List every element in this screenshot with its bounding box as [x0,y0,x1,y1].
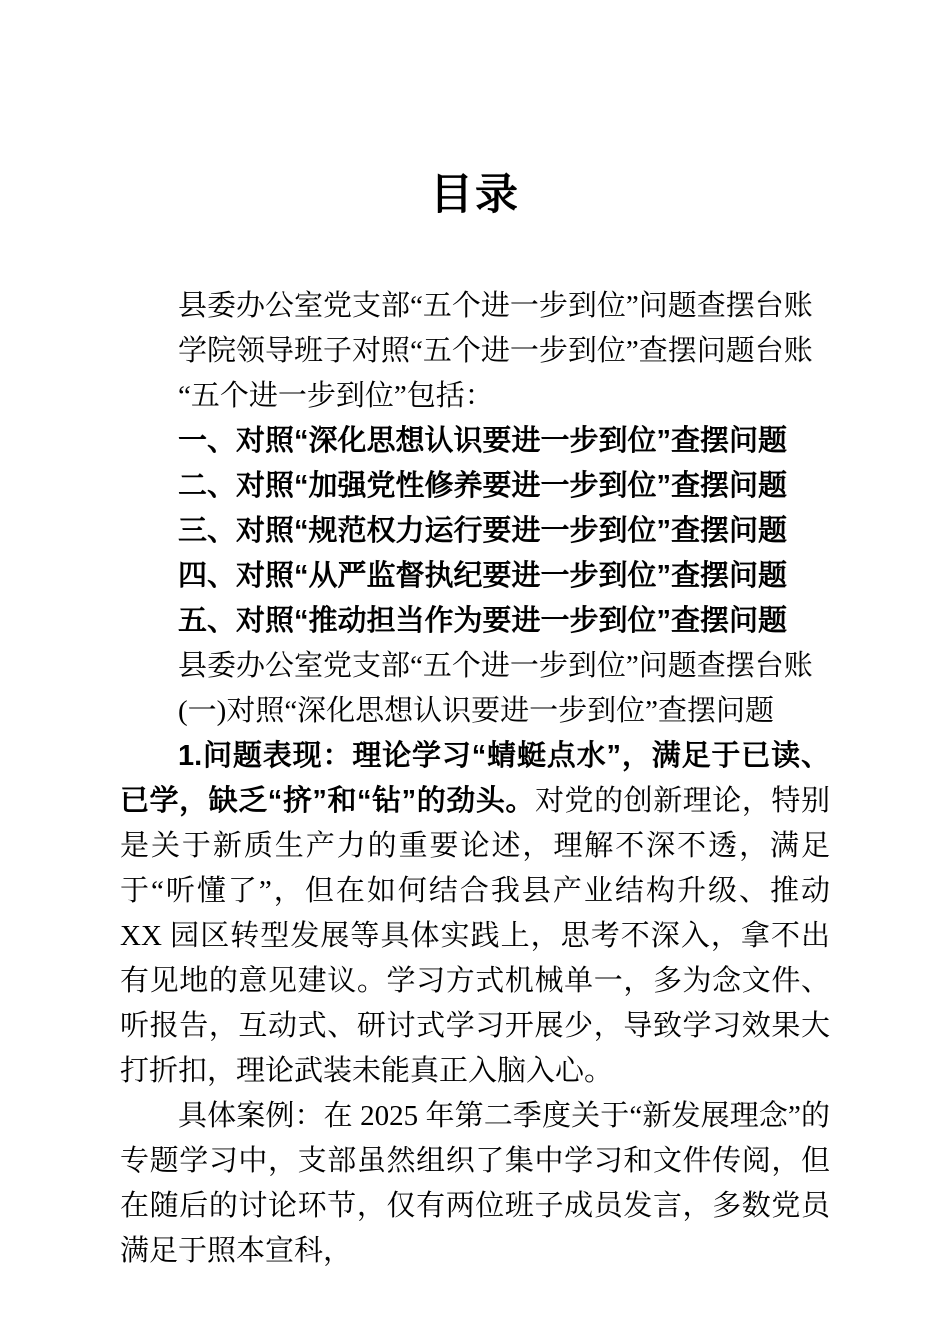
toc-item-3: 三、对照“规范权力运行要进一步到位”查摆问题 [120,509,830,554]
toc-line-includes: “五个进一步到位”包括： [120,374,830,419]
section-heading-item-1: (一)对照“深化思想认识要进一步到位”查摆问题 [120,689,830,734]
table-of-contents: 县委办公室党支部“五个进一步到位”问题查摆台账 学院领导班子对照“五个进一步到位… [120,284,830,734]
toc-item-4: 四、对照“从严监督执纪要进一步到位”查摆问题 [120,554,830,599]
toc-line-ledger-2: 学院领导班子对照“五个进一步到位”查摆问题台账 [120,329,830,374]
toc-line-ledger-1: 县委办公室党支部“五个进一步到位”问题查摆台账 [120,284,830,329]
toc-item-5: 五、对照“推动担当作为要进一步到位”查摆问题 [120,599,830,644]
section-heading-ledger: 县委办公室党支部“五个进一步到位”问题查摆台账 [120,644,830,689]
document-title: 目录 [120,172,830,218]
document-page: 目录 县委办公室党支部“五个进一步到位”问题查摆台账 学院领导班子对照“五个进一… [0,0,950,1344]
paragraph-case-example: 具体案例：在 2025 年第二季度关于“新发展理念”的专题学习中，支部虽然组织了… [120,1094,830,1274]
paragraph-problem-statement: 1.问题表现：理论学习“蜻蜓点水”，满足于已读、已学，缺乏“挤”和“钻”的劲头。… [120,734,830,1094]
toc-item-1: 一、对照“深化思想认识要进一步到位”查摆问题 [120,419,830,464]
toc-item-2: 二、对照“加强党性修养要进一步到位”查摆问题 [120,464,830,509]
paragraph-case-text: 具体案例：在 2025 年第二季度关于“新发展理念”的专题学习中，支部虽然组织了… [120,1100,830,1267]
paragraph-problem-text: 对党的创新理论，特别是关于新质生产力的重要论述，理解不深不透，满足于“听懂了”，… [120,785,830,1087]
